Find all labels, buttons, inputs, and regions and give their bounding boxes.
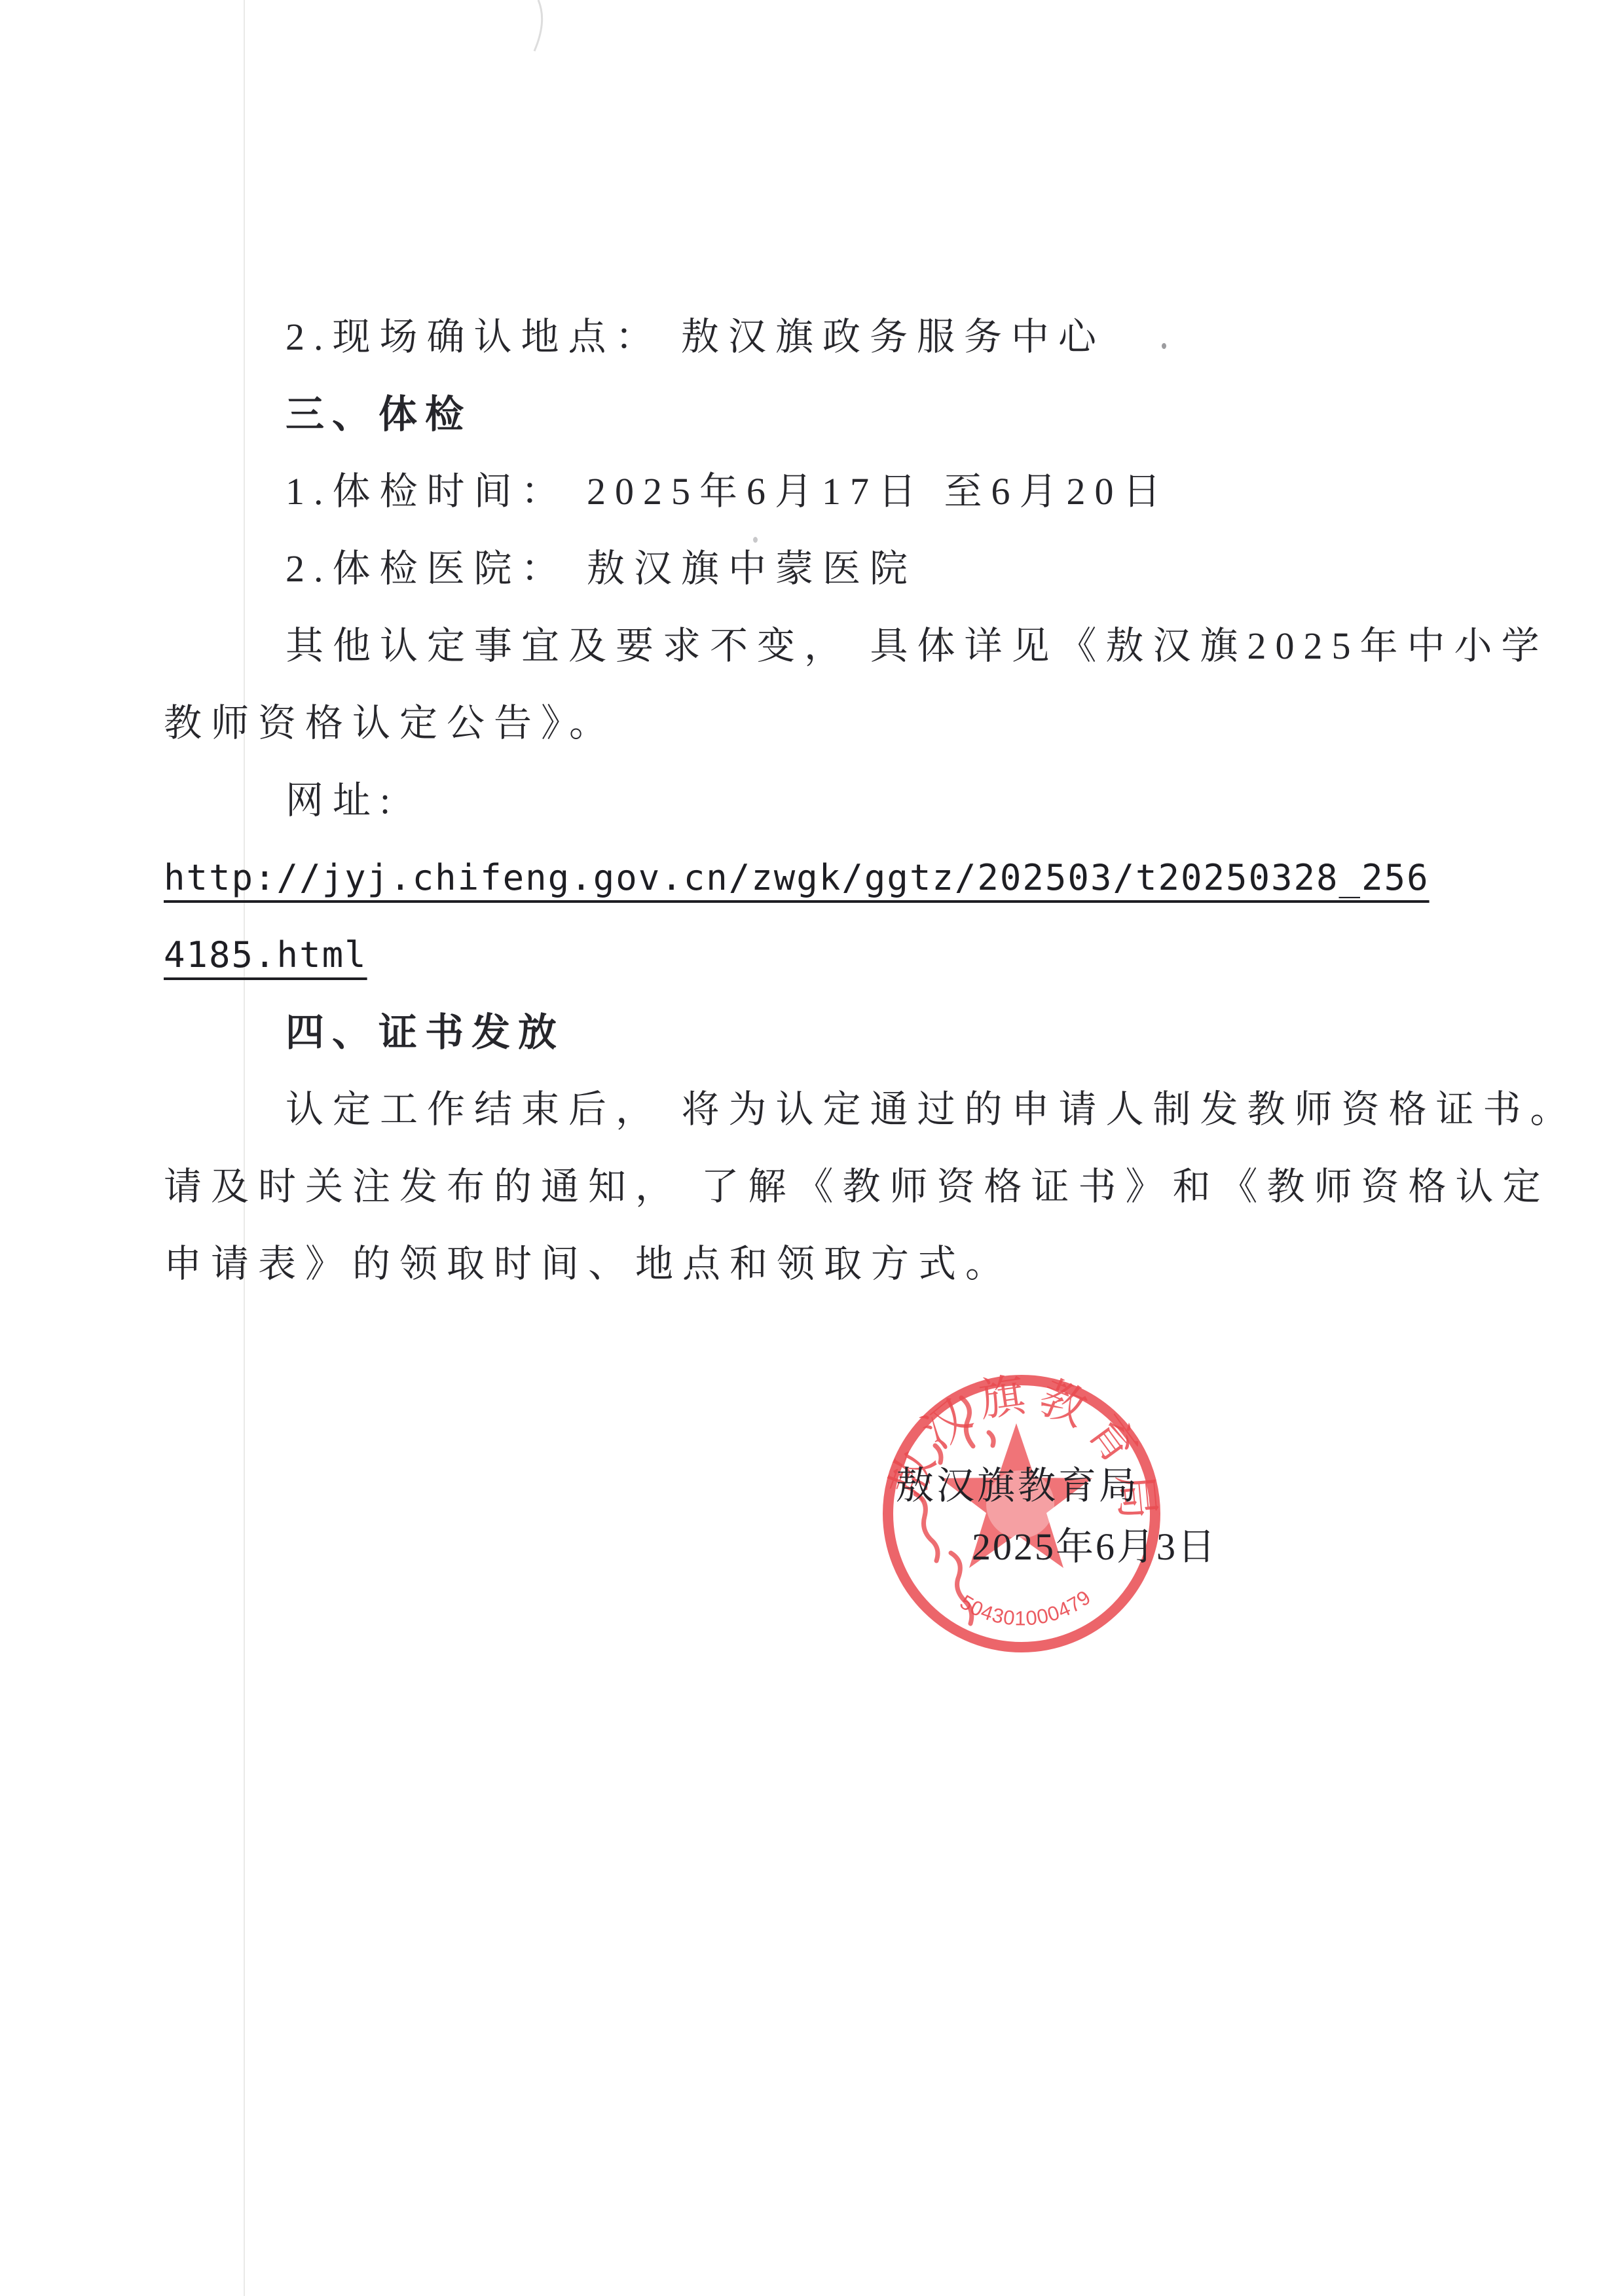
document-line: 认定工作结束后， 将为认定通过的申请人制发教师资格证书。 [164, 1071, 1467, 1148]
signature-date: 2025年6月3日 [972, 1508, 1217, 1586]
notice-url-line-2: 4185.html [164, 917, 1467, 994]
document-line: 请及时关注发布的通知， 了解《教师资格证书》和《教师资格认定 [164, 1148, 1467, 1226]
scan-curve-artifact [504, 0, 583, 59]
section-heading: 三、体检 [164, 376, 1467, 453]
notice-url-line-1: http://jyj.chifeng.gov.cn/zwgk/ggtz/2025… [164, 839, 1467, 917]
document-line: 2.现场确认地点： 敖汉旗政务服务中心 [164, 299, 1467, 376]
section-heading: 四、证书发放 [164, 994, 1467, 1071]
document-line: 网址: [164, 762, 1467, 839]
document-body: 2.现场确认地点： 敖汉旗政务服务中心 三、体检 1.体检时间： 2025年6月… [164, 299, 1467, 1303]
scanned-notice-page: { "colors": { "ink": "#26262b", "seal_re… [0, 0, 1624, 2296]
document-line: 教师资格认定公告》。 [164, 685, 1467, 762]
document-line: 其他认定事宜及要求不变， 具体详见《敖汉旗2025年中小学 [164, 608, 1467, 685]
document-line: 申请表》的领取时间、地点和领取方式。 [164, 1226, 1467, 1303]
document-line: 1.体检时间： 2025年6月17日 至6月20日 [164, 453, 1467, 530]
document-line: 2.体检医院： 敖汉旗中蒙医院 [164, 530, 1467, 608]
